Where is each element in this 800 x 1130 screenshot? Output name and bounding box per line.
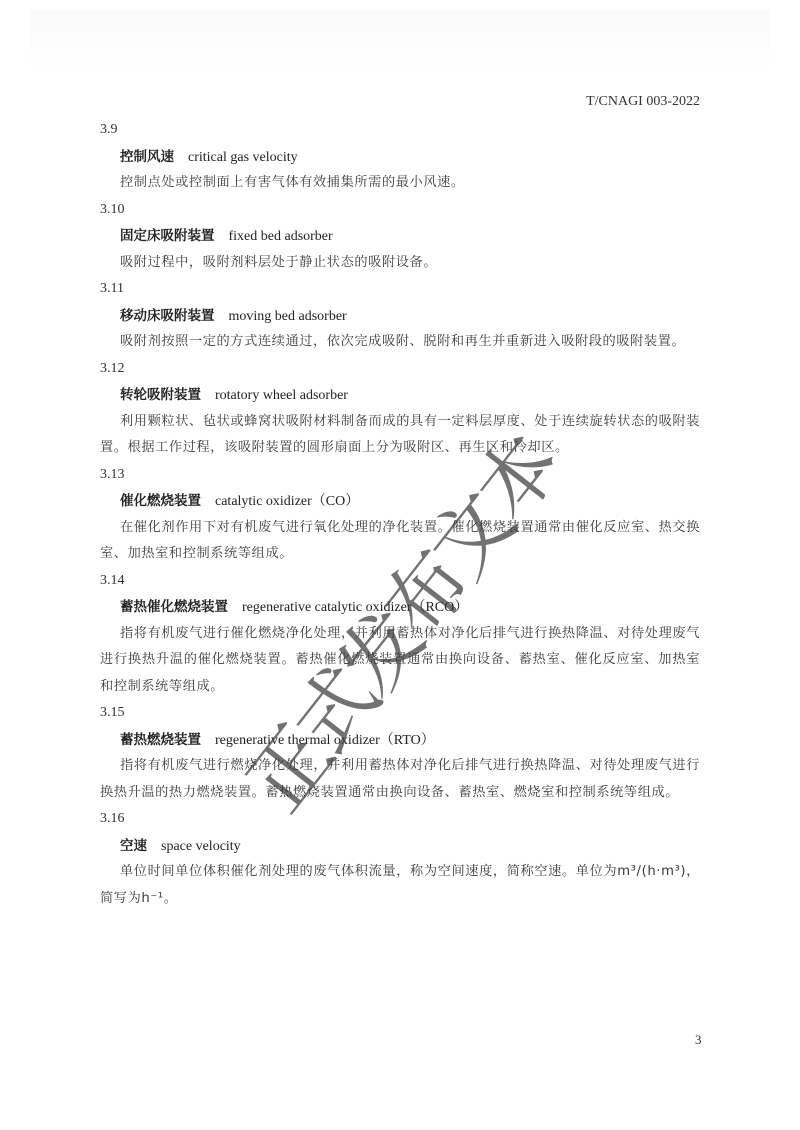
term-english: regenerative thermal oxidizer（RTO） <box>215 733 435 748</box>
clause-number: 3.10 <box>100 197 700 224</box>
term-chinese: 空速 <box>120 838 147 854</box>
scan-artifact <box>30 10 770 70</box>
term-heading: 控制风速critical gas velocity <box>100 144 700 171</box>
term-chinese: 蓄热燃烧装置 <box>120 732 201 748</box>
document-page: T/CNAGI 003-2022 3.9 控制风速critical gas ve… <box>0 0 800 1130</box>
term-english: regenerative catalytic oxidizer（RCO） <box>242 600 468 615</box>
clause-number: 3.12 <box>100 356 700 383</box>
clause-3-9: 3.9 控制风速critical gas velocity 控制点处或控制面上有… <box>100 117 700 197</box>
term-english: rotatory wheel adsorber <box>215 388 348 403</box>
term-chinese: 催化燃烧装置 <box>120 493 201 509</box>
clause-number: 3.9 <box>100 117 700 144</box>
clause-3-16: 3.16 空速space velocity 单位时间单位体积催化剂处理的废气体积… <box>100 806 700 912</box>
term-heading: 转轮吸附装置rotatory wheel adsorber <box>100 382 700 409</box>
term-chinese: 控制风速 <box>120 149 174 165</box>
term-definition: 吸附剂按照一定的方式连续通过，依次完成吸附、脱附和再生并重新进入吸附段的吸附装置… <box>100 329 700 356</box>
term-definition: 指将有机废气进行催化燃烧净化处理，并利用蓄热体对净化后排气进行换热降温、对待处理… <box>100 621 700 701</box>
term-english: space velocity <box>161 839 241 854</box>
term-heading: 移动床吸附装置moving bed adsorber <box>100 303 700 330</box>
clause-number: 3.13 <box>100 462 700 489</box>
standard-code-header: T/CNAGI 003-2022 <box>586 94 700 110</box>
page-number: 3 <box>695 1032 702 1048</box>
clause-3-12: 3.12 转轮吸附装置rotatory wheel adsorber 利用颗粒状… <box>100 356 700 462</box>
terms-content: 3.9 控制风速critical gas velocity 控制点处或控制面上有… <box>100 117 700 912</box>
clause-number: 3.15 <box>100 700 700 727</box>
term-heading: 蓄热燃烧装置regenerative thermal oxidizer（RTO） <box>100 727 700 754</box>
term-english: critical gas velocity <box>188 150 298 165</box>
term-definition: 控制点处或控制面上有害气体有效捕集所需的最小风速。 <box>100 170 700 197</box>
term-english: moving bed adsorber <box>229 309 347 324</box>
term-definition: 利用颗粒状、毡状或蜂窝状吸附材料制备而成的具有一定料层厚度、处于连续旋转状态的吸… <box>100 409 700 462</box>
clause-number: 3.14 <box>100 568 700 595</box>
term-chinese: 移动床吸附装置 <box>120 308 215 324</box>
term-definition: 吸附过程中，吸附剂料层处于静止状态的吸附设备。 <box>100 250 700 277</box>
term-definition: 在催化剂作用下对有机废气进行氧化处理的净化装置。催化燃烧装置通常由催化反应室、热… <box>100 515 700 568</box>
clause-3-11: 3.11 移动床吸附装置moving bed adsorber 吸附剂按照一定的… <box>100 276 700 356</box>
clause-3-14: 3.14 蓄热催化燃烧装置regenerative catalytic oxid… <box>100 568 700 701</box>
term-chinese: 转轮吸附装置 <box>120 387 201 403</box>
term-english: fixed bed adsorber <box>229 229 333 244</box>
term-chinese: 固定床吸附装置 <box>120 228 215 244</box>
term-definition: 指将有机废气进行燃烧净化处理，并利用蓄热体对净化后排气进行换热降温、对待处理废气… <box>100 753 700 806</box>
term-heading: 空速space velocity <box>100 833 700 860</box>
term-heading: 催化燃烧装置catalytic oxidizer（CO） <box>100 488 700 515</box>
term-definition: 单位时间单位体积催化剂处理的废气体积流量，称为空间速度，简称空速。单位为m³/(… <box>100 859 700 912</box>
term-chinese: 蓄热催化燃烧装置 <box>120 599 228 615</box>
clause-number: 3.16 <box>100 806 700 833</box>
term-english: catalytic oxidizer（CO） <box>215 494 359 509</box>
clause-3-15: 3.15 蓄热燃烧装置regenerative thermal oxidizer… <box>100 700 700 806</box>
clause-3-10: 3.10 固定床吸附装置fixed bed adsorber 吸附过程中，吸附剂… <box>100 197 700 277</box>
term-heading: 蓄热催化燃烧装置regenerative catalytic oxidizer（… <box>100 594 700 621</box>
clause-3-13: 3.13 催化燃烧装置catalytic oxidizer（CO） 在催化剂作用… <box>100 462 700 568</box>
clause-number: 3.11 <box>100 276 700 303</box>
term-heading: 固定床吸附装置fixed bed adsorber <box>100 223 700 250</box>
